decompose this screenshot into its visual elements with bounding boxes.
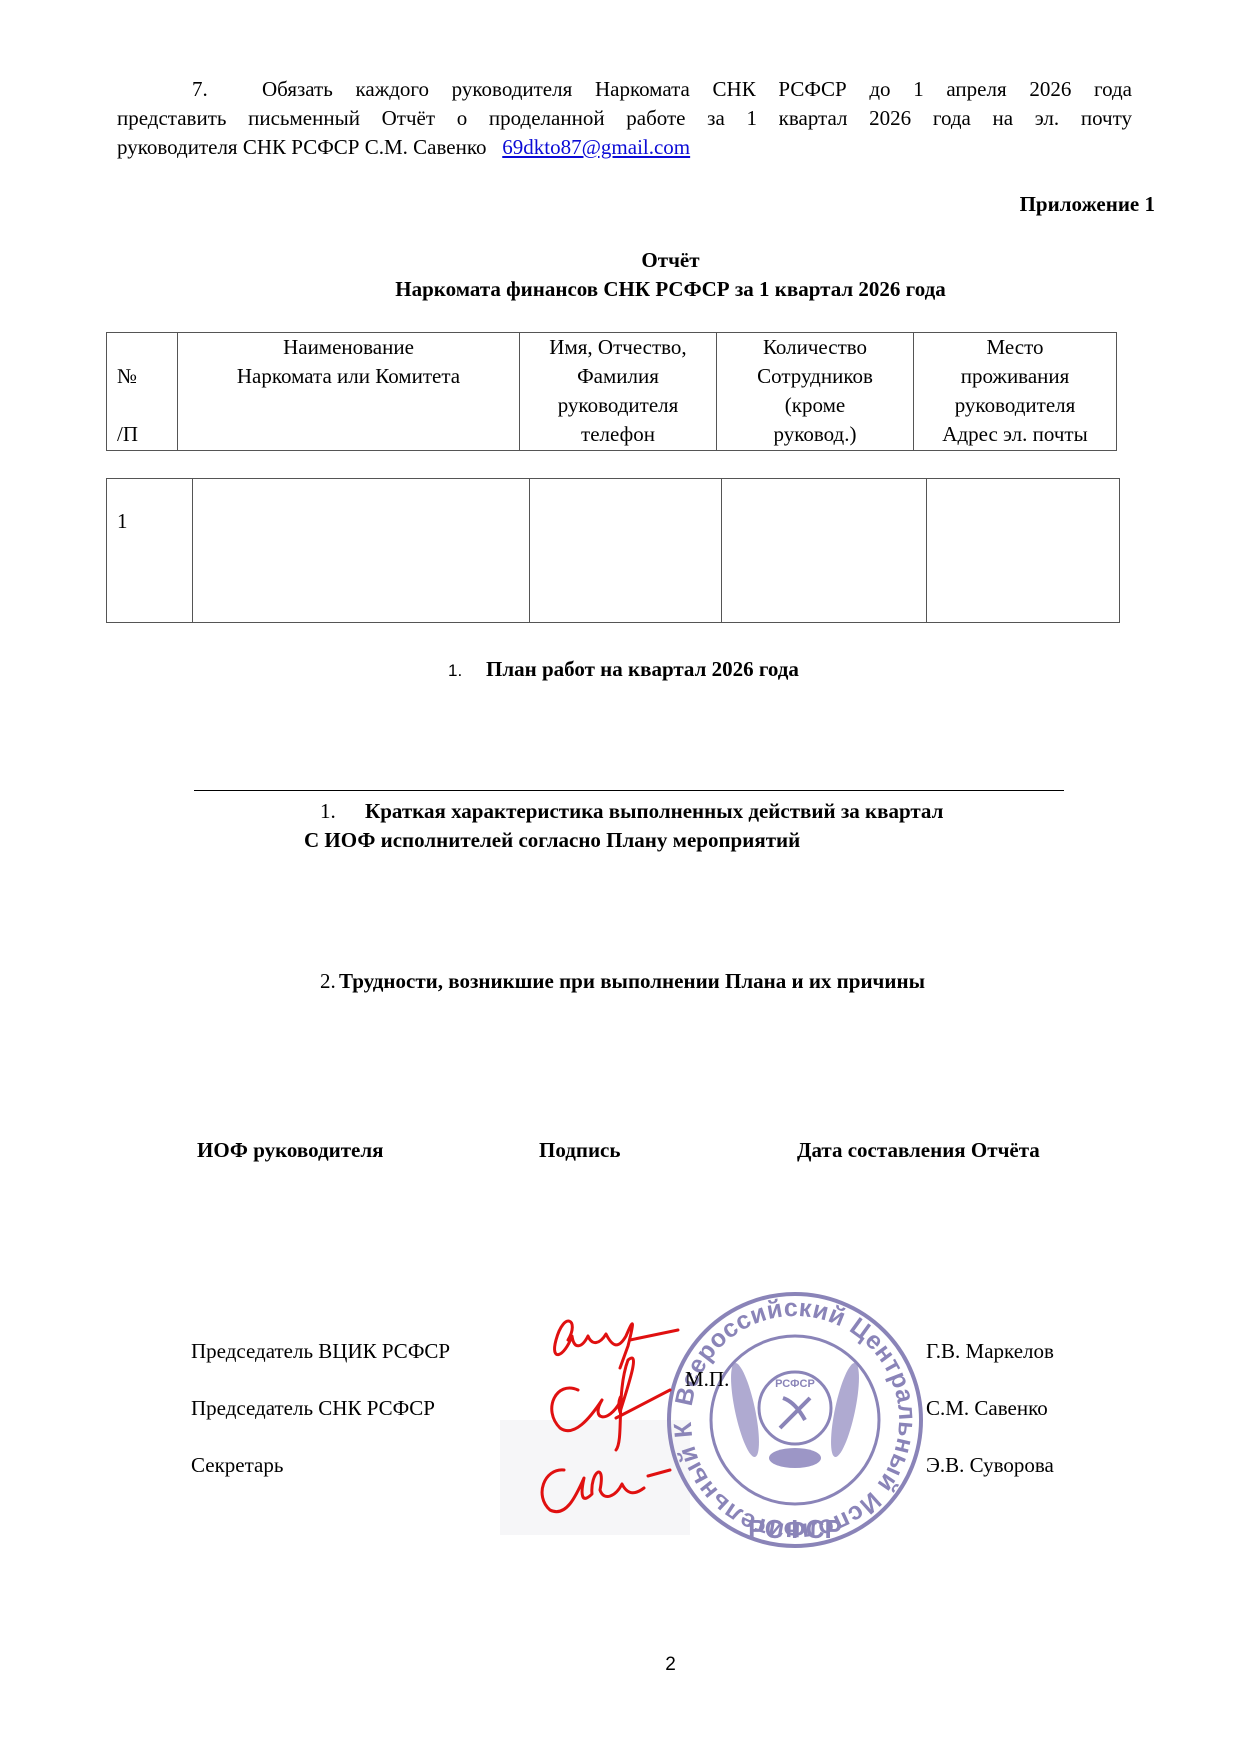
field-date-label: Дата составления Отчёта [797, 1136, 1040, 1165]
item-7-line-2: представить письменный Отчёт о проделанн… [117, 104, 1132, 133]
section-summary-heading: 1.Краткая характеристика выполненных дей… [320, 797, 943, 826]
report-data-table: 1 [106, 478, 1120, 623]
section-summary-subheading: С ИОФ исполнителей согласно Плану меропр… [304, 826, 800, 855]
page-number: 2 [0, 1654, 1241, 1676]
signatory-role-3: Секретарь [191, 1451, 283, 1480]
signatory-name-1: Г.В. Маркелов [926, 1337, 1054, 1366]
signatory-role-1: Председатель ВЦИК РСФСР [191, 1337, 450, 1366]
stamp-emblem-text: РСФСР [775, 1378, 815, 1390]
handwritten-signatures-icon [520, 1300, 750, 1530]
report-subtitle: Наркомата финансов СНК РСФСР за 1 кварта… [0, 275, 1241, 304]
item-7-line-3: руководителя СНК РСФСР С.М. Савенко 69dk… [117, 133, 1132, 162]
email-link[interactable]: 69dkto87@gmail.com [502, 135, 690, 159]
header-cell-staff-count: Количество Сотрудников (кроме руковод.) [717, 333, 914, 451]
report-title: Отчёт [0, 246, 1241, 275]
section-difficulties-heading: 2.Трудности, возникшие при выполнении Пл… [320, 967, 925, 996]
field-head-name-label: ИОФ руководителя [197, 1136, 384, 1165]
signatory-role-2: Председатель СНК РСФСР [191, 1394, 435, 1423]
row-cell-residence-email[interactable] [927, 479, 1120, 623]
divider-line [194, 790, 1064, 791]
table-row: 1 [107, 479, 1120, 623]
field-signature-label: Подпись [539, 1136, 620, 1165]
signatory-name-2: С.М. Савенко [926, 1394, 1048, 1423]
header-cell-commissariat: Наименование Наркомата или Комитета [178, 333, 520, 451]
header-cell-residence-email: Место проживания руководителя Адрес эл. … [914, 333, 1117, 451]
row-cell-commissariat[interactable] [193, 479, 530, 623]
row-cell-number: 1 [107, 479, 193, 623]
item-7-line-1: 7.Обязать каждого руководителя Наркомата… [117, 75, 1132, 104]
report-header-table: № /П Наименование Наркомата или Комитета… [106, 332, 1117, 451]
appendix-label: Приложение 1 [1020, 190, 1155, 219]
item-7-paragraph: 7.Обязать каждого руководителя Наркомата… [117, 75, 1132, 162]
header-cell-number: № /П [107, 333, 178, 451]
row-cell-staff-count[interactable] [722, 479, 927, 623]
signatory-name-3: Э.В. Суворова [926, 1451, 1054, 1480]
row-cell-head-name[interactable] [530, 479, 722, 623]
section-plan-heading: 1.План работ на квартал 2026 года [448, 655, 799, 685]
header-cell-head-name: Имя, Отчество, Фамилия руководителя теле… [520, 333, 717, 451]
stamp-bottom-text: РСФСР [748, 1514, 842, 1544]
